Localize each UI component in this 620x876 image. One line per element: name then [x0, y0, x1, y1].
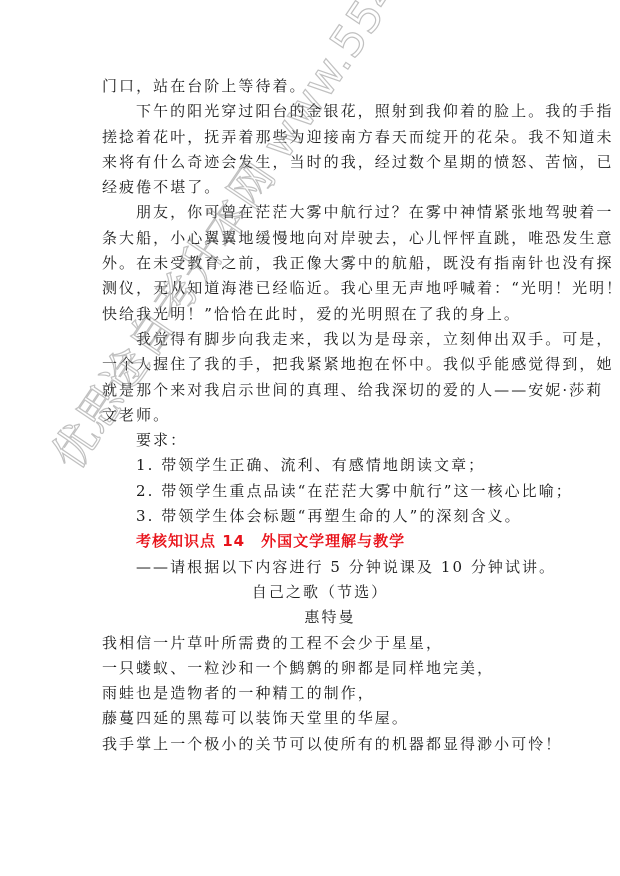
paragraph-line: 条大船，小心翼翼地缓慢地向对岸驶去，心儿怦怦直跳，唯恐发生意 — [102, 226, 518, 251]
paragraph-line: 一个人握住了我的手，把我紧紧地抱在怀中。我似乎能感觉得到，她 — [102, 352, 518, 377]
requirement-item: 1. 带领学生正确、流利、有感情地朗读文章； — [102, 453, 518, 478]
paragraph-line: 来将有什么奇迹会发生，当时的我，经过数个星期的愤怒、苦恼，已 — [102, 150, 518, 175]
paragraph-line: 我觉得有脚步向我走来，我以为是母亲，立刻伸出双手。可是， — [102, 327, 518, 352]
poem-author: 惠特曼 — [102, 605, 518, 630]
paragraph-line: 测仪，无从知道海港已经临近。我心里无声地呼喊着：“光明！光明！ — [102, 276, 518, 301]
paragraph-line: 文老师。 — [102, 403, 518, 428]
paragraph-line: 下午的阳光穿过阳台的金银花，照射到我仰着的脸上。我的手指 — [102, 99, 518, 124]
paragraph-line: 门口，站在台阶上等待着。 — [102, 74, 518, 99]
paragraph-line: 搓捻着花叶，抚弄着那些为迎接南方春天而绽开的花朵。我不知道未 — [102, 125, 518, 150]
requirements-label: 要求： — [102, 428, 518, 453]
instruction-line: ——请根据以下内容进行 5 分钟说课及 10 分钟试讲。 — [102, 555, 518, 580]
poem-line: 藤蔓四延的黑莓可以装饰天堂里的华屋。 — [102, 706, 518, 731]
requirement-item: 3. 带领学生体会标题“再塑生命的人”的深刻含义。 — [102, 504, 518, 529]
poem-line: 我相信一片草叶所需费的工程不会少于星星， — [102, 631, 518, 656]
poem-line: 雨蛙也是造物者的一种精工的制作， — [102, 681, 518, 706]
paragraph-line: 就是那个来对我启示世间的真理、给我深切的爱的人——安妮·莎莉 — [102, 378, 518, 403]
paragraph-line: 外。在未受教育之前，我正像大雾中的航船，既没有指南针也没有探 — [102, 251, 518, 276]
poem-line: 我手掌上一个极小的关节可以使所有的机器都显得渺小可怜！ — [102, 732, 518, 757]
paragraph-line: 经疲倦不堪了。 — [102, 175, 518, 200]
poem-line: 一只蝼蚁、一粒沙和一个鹪鹩的卵都是同样地完美， — [102, 656, 518, 681]
paragraph-line: 快给我光明！”恰恰在此时，爱的光明照在了我的身上。 — [102, 302, 518, 327]
section-heading: 考核知识点 14 外国文学理解与教学 — [102, 529, 518, 554]
poem-title: 自己之歌（节选） — [102, 580, 518, 605]
paragraph-line: 朋友，你可曾在茫茫大雾中航行过？在雾中神情紧张地驾驶着一 — [102, 200, 518, 225]
requirement-item: 2. 带领学生重点品读“在茫茫大雾中航行”这一核心比喻； — [102, 479, 518, 504]
document-page: 门口，站在台阶上等待着。 下午的阳光穿过阳台的金银花，照射到我仰着的脸上。我的手… — [102, 74, 518, 757]
